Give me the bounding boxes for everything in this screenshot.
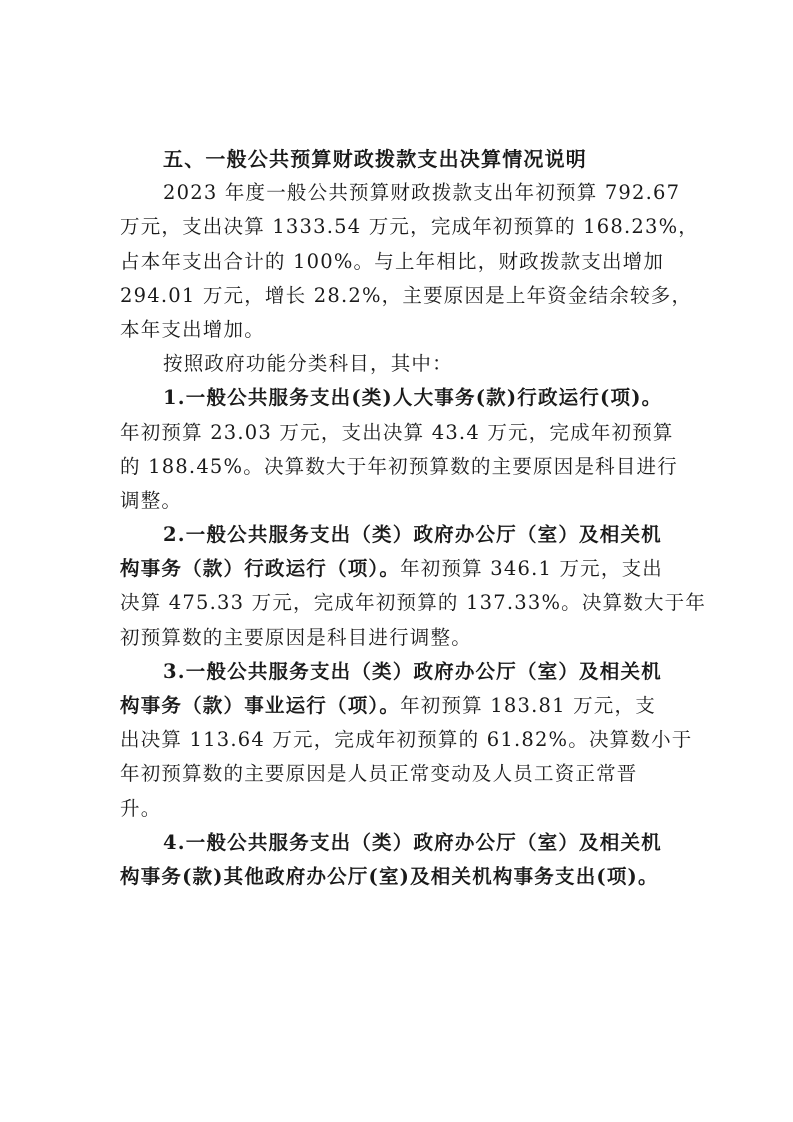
paragraph-line: 占本年支出合计的 100%。与上年相比，财政拨款支出增加 (120, 245, 670, 279)
section-heading: 五、一般公共预算财政拨款支出决算情况说明 (120, 142, 670, 176)
item-2: 2.一般公共服务支出（类）政府办公厅（室）及相关机 构事务（款）行政运行（项）。… (120, 518, 670, 655)
item-body-line: 出决算 113.64 万元，完成年初预算的 61.82%。决算数小于 (120, 723, 670, 757)
overview-paragraph: 2023 年度一般公共预算财政拨款支出年初预算 792.67 万元，支出决算 1… (120, 176, 670, 347)
item-3: 3.一般公共服务支出（类）政府办公厅（室）及相关机 构事务（款）事业运行（项）。… (120, 655, 670, 826)
item-body-line: 升。 (120, 792, 670, 826)
item-title-end: 构事务（款）事业运行（项）。 (120, 694, 400, 717)
item-body-start: 年初预算 346.1 万元，支出 (400, 557, 663, 580)
item-body-line: 年初预算 23.03 万元，支出决算 43.4 万元，完成年初预算 (120, 416, 670, 450)
item-title: 1.一般公共服务支出(类)人大事务(款)行政运行(项)。 (120, 381, 670, 415)
item-body-line: 调整。 (120, 484, 670, 518)
item-title-continued: 构事务（款）行政运行（项）。年初预算 346.1 万元，支出 (120, 552, 670, 586)
item-title-continued: 构事务（款）事业运行（项）。年初预算 183.81 万元，支 (120, 689, 670, 723)
item-body-line: 初预算数的主要原因是科目进行调整。 (120, 621, 670, 655)
item-body-line: 的 188.45%。决算数大于年初预算数的主要原因是科目进行 (120, 450, 670, 484)
paragraph-line: 294.01 万元，增长 28.2%，主要原因是上年资金结余较多， (120, 279, 670, 313)
item-title: 2.一般公共服务支出（类）政府办公厅（室）及相关机 (120, 518, 670, 552)
item-body-line: 年初预算数的主要原因是人员正常变动及人员工资正常晋 (120, 757, 670, 791)
item-title: 3.一般公共服务支出（类）政府办公厅（室）及相关机 (120, 655, 670, 689)
classification-intro: 按照政府功能分类科目，其中： (120, 347, 670, 381)
item-1: 1.一般公共服务支出(类)人大事务(款)行政运行(项)。 年初预算 23.03 … (120, 381, 670, 518)
item-body-line: 决算 475.33 万元，完成年初预算的 137.33%。决算数大于年 (120, 586, 670, 620)
item-title-continued: 构事务(款)其他政府办公厅(室)及相关机构事务支出(项)。 (120, 860, 670, 894)
document-page: 五、一般公共预算财政拨款支出决算情况说明 2023 年度一般公共预算财政拨款支出… (120, 142, 670, 894)
item-title: 4.一般公共服务支出（类）政府办公厅（室）及相关机 (120, 826, 670, 860)
paragraph-line: 2023 年度一般公共预算财政拨款支出年初预算 792.67 (120, 176, 670, 210)
paragraph-line: 本年支出增加。 (120, 313, 670, 347)
item-title-end: 构事务（款）行政运行（项）。 (120, 557, 400, 580)
item-4: 4.一般公共服务支出（类）政府办公厅（室）及相关机 构事务(款)其他政府办公厅(… (120, 826, 670, 894)
item-body-start: 年初预算 183.81 万元，支 (400, 694, 656, 717)
paragraph-line: 万元，支出决算 1333.54 万元，完成年初预算的 168.23%， (120, 210, 670, 244)
